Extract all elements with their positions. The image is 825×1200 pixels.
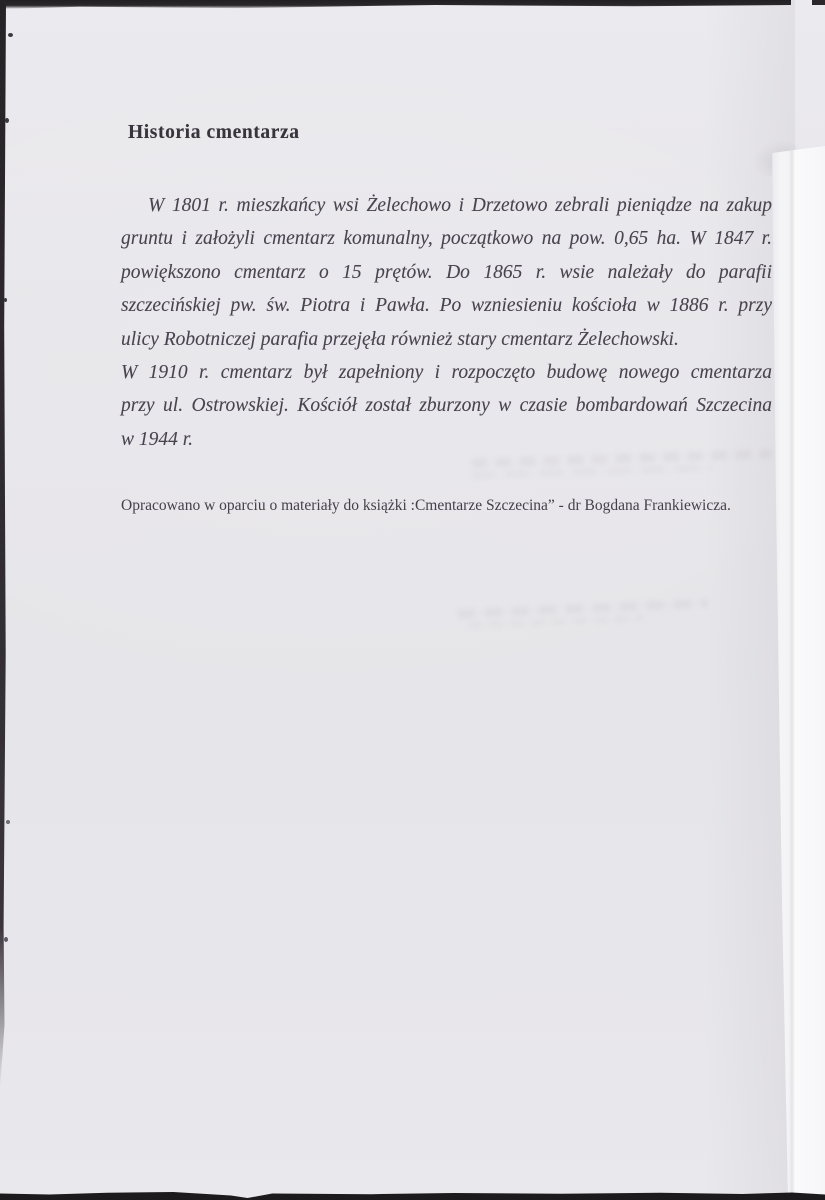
scan-edge-top-right (812, 0, 825, 5)
scan-speck (4, 937, 8, 942)
document-paragraph: W 1801 r. mieszkańcy wsi Żelechowo i Drz… (121, 189, 772, 456)
paragraph-line-5: ulicy Robotniczej parafia przejęła równi… (121, 323, 772, 356)
paragraph-line-2: gruntu i założyli cmentarz komunalny, po… (121, 222, 772, 255)
source-attribution: Opracowano w oparciu o materiały do ksią… (121, 496, 781, 516)
scan-speck (6, 820, 10, 824)
paragraph-line-7: przy ul. Ostrowskiej. Kościół został zbu… (121, 389, 772, 422)
paragraph-line-4: szczecińskiej pw. św. Piotra i Pawła. Po… (121, 289, 772, 322)
document-heading: Historia cmentarza (128, 122, 300, 144)
paragraph-line-1: W 1801 r. mieszkańcy wsi Żelechowo i Drz… (121, 189, 772, 222)
bleed-through-smudge (457, 593, 708, 634)
scan-speck (4, 298, 7, 302)
paragraph-line-6: W 1910 r. cmentarz był zapełniony i rozp… (121, 356, 772, 389)
scan-speck (5, 118, 9, 123)
paragraph-line-3: powiększono cmentarz o 15 prętów. Do 186… (121, 256, 772, 289)
scanned-document-page: Historia cmentarza W 1801 r. mieszkańcy … (0, 0, 825, 1200)
paragraph-line-8: w 1944 r. (121, 423, 772, 456)
scan-speck (8, 33, 13, 37)
paper-sheet: Historia cmentarza W 1801 r. mieszkańcy … (0, 0, 825, 1200)
